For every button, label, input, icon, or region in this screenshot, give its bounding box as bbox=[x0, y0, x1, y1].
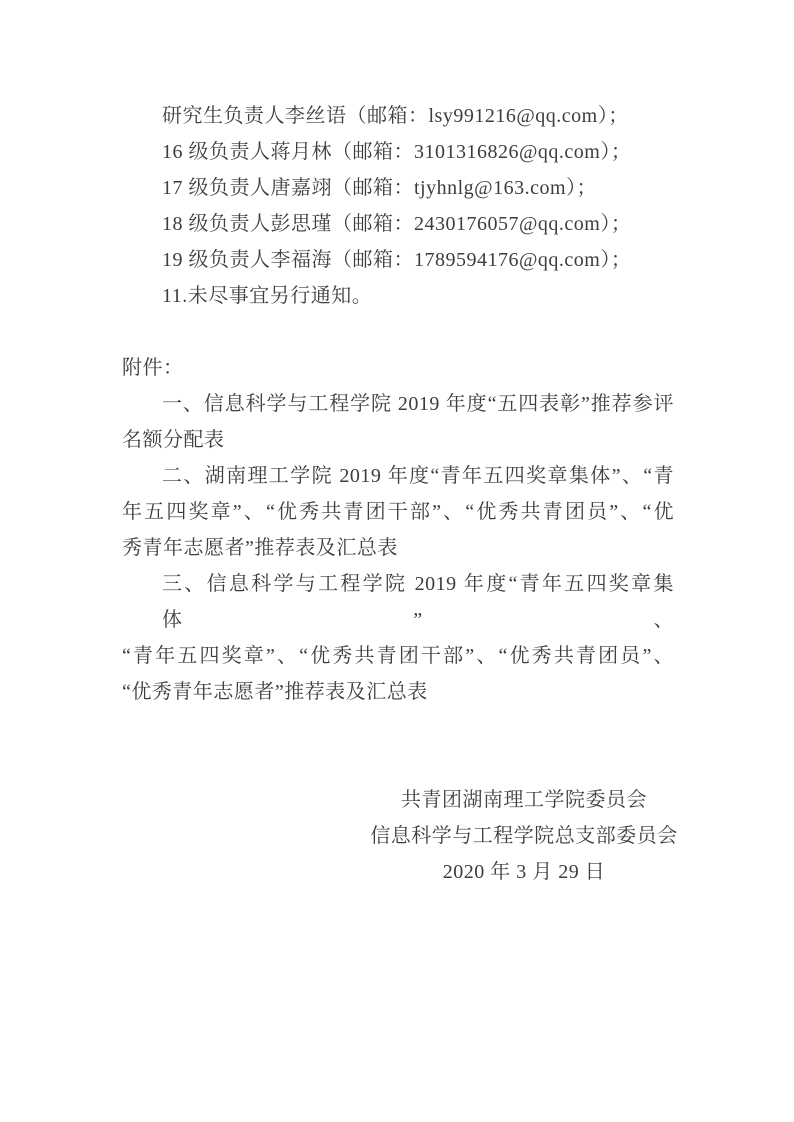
attachment-3-line-3: “优秀青年志愿者”推荐表及汇总表 bbox=[122, 674, 674, 710]
contact-line-grade17: 17 级负责人唐嘉翊（邮箱：tjyhnlg@163.com）； bbox=[122, 170, 674, 206]
attachment-3-line-1: 三、信息科学与工程学院 2019 年度“青年五四奖章集体”、 bbox=[122, 566, 674, 638]
signature-block: 共青团湖南理工学院委员会 信息科学与工程学院总支部委员会 2020 年 3 月 … bbox=[338, 782, 710, 890]
attachment-2-line-1: 二、湖南理工学院 2019 年度“青年五四奖章集体”、“青 bbox=[122, 458, 674, 494]
contact-line-grade18: 18 级负责人彭思瑾（邮箱：2430176057@qq.com）； bbox=[122, 206, 674, 242]
attachment-3-line-2: “青年五四奖章”、“优秀共青团干部”、“优秀共青团员”、 bbox=[122, 638, 674, 674]
signature-org-branch: 信息科学与工程学院总支部委员会 bbox=[338, 818, 710, 854]
attachments-heading: 附件： bbox=[122, 350, 674, 386]
signature-date: 2020 年 3 月 29 日 bbox=[338, 854, 710, 890]
attachment-2-line-2: 年五四奖章”、“优秀共青团干部”、“优秀共青团员”、“优 bbox=[122, 494, 674, 530]
document-body: 研究生负责人李丝语（邮箱：lsy991216@qq.com）； 16 级负责人蒋… bbox=[122, 98, 674, 890]
document-page: 研究生负责人李丝语（邮箱：lsy991216@qq.com）； 16 级负责人蒋… bbox=[0, 0, 794, 1122]
contact-line-graduate: 研究生负责人李丝语（邮箱：lsy991216@qq.com）； bbox=[122, 98, 674, 134]
attachment-1-line-1: 一、信息科学与工程学院 2019 年度“五四表彰”推荐参评 bbox=[122, 386, 674, 422]
signature-org-committee: 共青团湖南理工学院委员会 bbox=[338, 782, 710, 818]
contact-line-grade19: 19 级负责人李福海（邮箱：1789594176@qq.com）； bbox=[122, 242, 674, 278]
blank-line bbox=[122, 314, 674, 350]
notice-closing-item: 11.未尽事宜另行通知。 bbox=[122, 278, 674, 314]
blank-line bbox=[122, 710, 674, 746]
attachment-2-line-3: 秀青年志愿者”推荐表及汇总表 bbox=[122, 530, 674, 566]
attachment-1-line-2: 名额分配表 bbox=[122, 422, 674, 458]
blank-line bbox=[122, 746, 674, 782]
contact-line-grade16: 16 级负责人蒋月林（邮箱：3101316826@qq.com）； bbox=[122, 134, 674, 170]
